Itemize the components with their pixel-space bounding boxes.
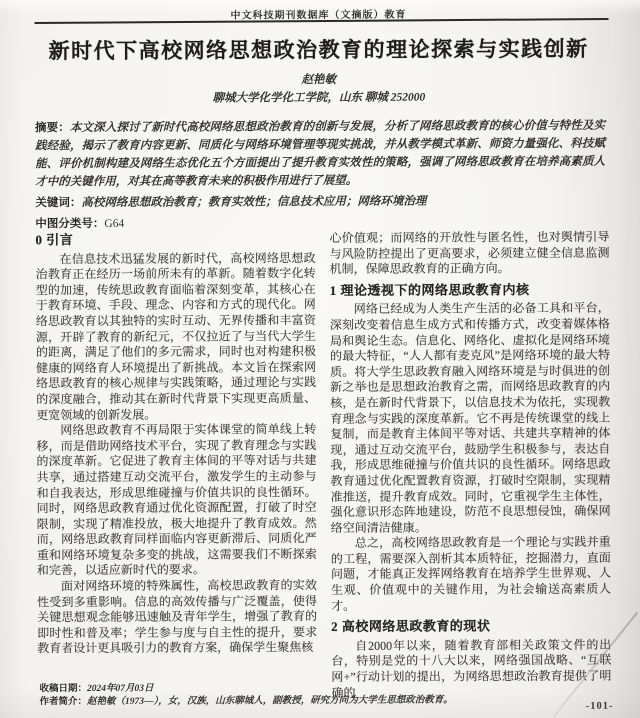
author-bio-value: 赵艳敏（1973—），女，汉族，山东聊城人，副教授，研究方向为大学生思想政治教育… [87,695,453,707]
left-paragraph-2: 网络思政教育不再局限于实体课堂的简单线上转移，而是借助网络技术平台，实现了教育理… [36,422,317,579]
right-paragraph-1: 网络已经成为人类生产生活的必备工具和平台，深刻改变着信息生成方式和传播方式，改变… [330,301,611,536]
author-bio-line: 作者简介：赵艳敏（1973—），女，汉族，山东聊城人，副教授，研究方向为大学生思… [39,693,601,708]
right-column: 心价值观；而网络的开放性与匿名性，也对舆情引导与风险防控提出了更高要求，必须建立… [329,230,611,701]
page-number: -101- [586,701,614,712]
two-column-body: 0 引言 在信息技术迅猛发展的新时代，高校网络思想政治教育正在经历一场前所未有的… [35,230,611,703]
keywords-text: 高校网络思想政治教育；教育实效性；信息技术应用；网络环境治理 [81,196,426,210]
scanned-paper-page: 中文科技期刊数据库（文摘版）教育 新时代下高校网络思想政治教育的理论探索与实践创… [0,0,640,718]
section-1-heading: 1 理论透视下的网络思政教育内核 [330,282,610,299]
abstract-label: 摘要： [35,122,70,134]
left-paragraph-1: 在信息技术迅猛发展的新时代，高校网络思想政治教育正在经历一场前所未有的革新。随着… [36,251,317,424]
received-date-label: 收稿日期： [39,684,87,694]
footnote-block: 收稿日期：2024年07月03日 作者简介：赵艳敏（1973—），女，汉族，山东… [39,681,601,708]
author-bio-label: 作者简介： [39,697,87,707]
section-0-heading: 0 引言 [35,231,315,248]
left-paragraph-3: 面对网络环境的特殊属性，高校思政教育的实效性受到多重影响。信息的高效传播与广泛覆… [37,578,317,657]
received-date-value: 2024年07月03日 [87,684,154,694]
clc-label: 中图分类号： [35,218,104,230]
paper-title: 新时代下高校网络思想政治教育的理论探索与实践创新 [29,33,609,66]
abstract-text: 本文深入探讨了新时代高校网络思想政治教育的创新与发展，分析了网络思政教育的核心价… [35,120,605,188]
keywords-label: 关键词： [35,197,81,209]
left-column: 0 引言 在信息技术迅猛发展的新时代，高校网络思想政治教育正在经历一场前所未有的… [35,231,317,702]
page-content: 中文科技期刊数据库（文摘版）教育 新时代下高校网络思想政治教育的理论探索与实践创… [0,0,640,718]
right-paragraph-2: 总之，高校网络思政教育是一个理论与实践并重的工程，需要深入剖析其本质特征，挖掘潜… [331,535,611,614]
section-2-heading: 2 高校网络思政教育的现状 [331,618,611,635]
author-affiliation: 聊城大学化学化工学院，山东 聊城 252000 [0,88,639,107]
author-name: 赵艳敏 [0,70,639,89]
meta-block: 摘要：本文深入探讨了新时代高校网络思想政治教育的创新与发展，分析了网络思政教育的… [35,117,606,236]
clc-value: G64 [104,218,124,230]
abstract: 摘要：本文深入探讨了新时代高校网络思想政治教育的创新与发展，分析了网络思政教育的… [35,117,605,191]
right-continuation-paragraph: 心价值观；而网络的开放性与匿名性，也对舆情引导与风险防控提出了更高要求，必须建立… [329,230,609,278]
keywords: 关键词：高校网络思想政治教育；教育实效性；信息技术应用；网络环境治理 [35,192,605,212]
